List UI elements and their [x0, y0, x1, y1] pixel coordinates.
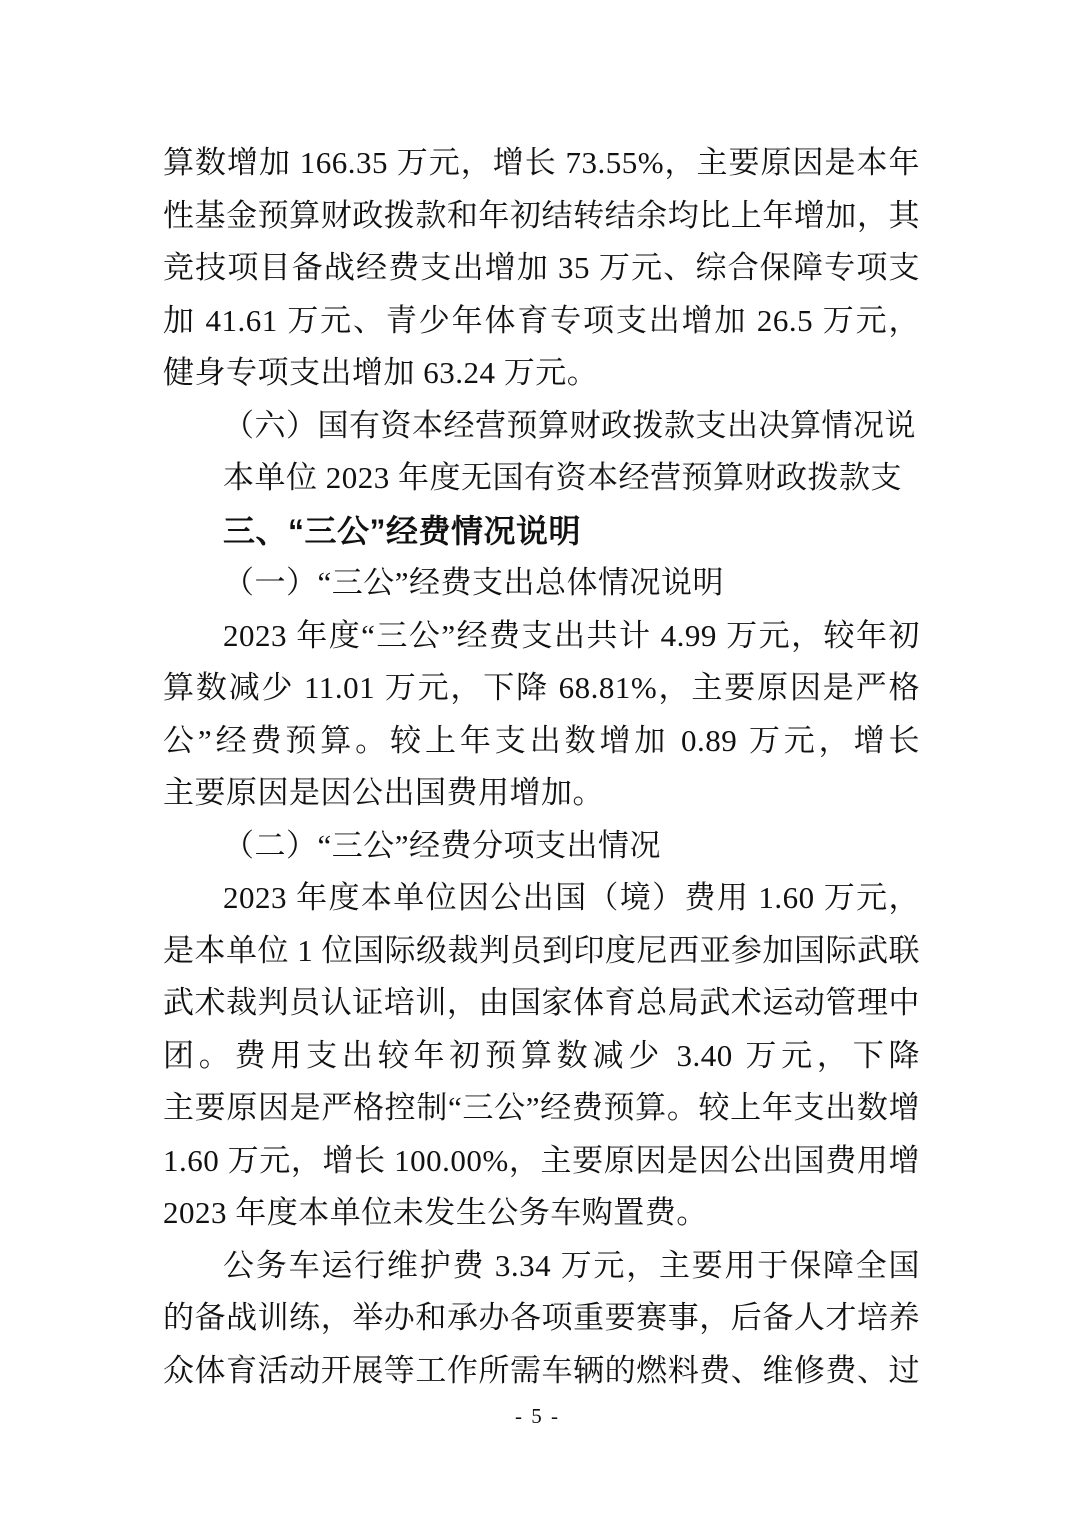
section-heading-1: （一）“三公”经费支出总体情况说明 — [163, 557, 920, 610]
text-line: 公”经费预算。较上年支出数增加 0.89 万元，增长 21.71%， — [163, 715, 920, 768]
text-line: 的备战训练，举办和承办各项重要赛事，后备人才培养和群 — [163, 1292, 920, 1345]
text-line: 武术裁判员认证培训，由国家体育总局武术运动管理中心组 — [163, 977, 920, 1030]
text-line: 1.60 万元，增长 100.00%，主要原因是因公出国费用增加。 — [163, 1135, 920, 1188]
section-heading-three-public-funds: 三、“三公”经费情况说明 — [163, 505, 920, 558]
text-line: 主要原因是严格控制“三公”经费预算。较上年支出数增加 — [163, 1082, 920, 1135]
page-number: - 5 - — [0, 1400, 1075, 1432]
document-body: 算数增加 166.35 万元，增长 73.55%，主要原因是本年政府 性基金预算… — [163, 137, 920, 1397]
text-line: 健身专项支出增加 63.24 万元。 — [163, 347, 920, 400]
document-page: 算数增加 166.35 万元，增长 73.55%，主要原因是本年政府 性基金预算… — [0, 0, 1075, 1520]
section-heading-6: （六）国有资本经营预算财政拨款支出决算情况说明 — [163, 400, 920, 453]
text-line: 主要原因是因公出国费用增加。 — [163, 767, 920, 820]
text-line: 算数增加 166.35 万元，增长 73.55%，主要原因是本年政府 — [163, 137, 920, 190]
text-line: 本单位 2023 年度无国有资本经营预算财政拨款支出。 — [163, 452, 920, 505]
text-line: 是本单位 1 位国际级裁判员到印度尼西亚参加国际武联国际 — [163, 925, 920, 978]
text-line: 算数减少 11.01 万元，下降 68.81%，主要原因是严格控制“三 — [163, 662, 920, 715]
text-line: 2023 年度本单位未发生公务车购置费。 — [163, 1187, 920, 1240]
text-line: 竞技项目备战经费支出增加 35 万元、综合保障专项支出增 — [163, 242, 920, 295]
text-line: 加 41.61 万元、青少年体育专项支出增加 26.5 万元，全民 — [163, 295, 920, 348]
text-line: 2023 年度本单位因公出国（境）费用 1.60 万元，主要 — [163, 872, 920, 925]
section-heading-2: （二）“三公”经费分项支出情况 — [163, 820, 920, 873]
text-line: 众体育活动开展等工作所需车辆的燃料费、维修费、过桥过 — [163, 1345, 920, 1398]
text-line: 2023 年度“三公”经费支出共计 4.99 万元，较年初预 — [163, 610, 920, 663]
text-line: 团。费用支出较年初预算数减少 3.40 万元，下降 68.00%， — [163, 1030, 920, 1083]
text-line: 性基金预算财政拨款和年初结转结余均比上年增加，其中： — [163, 190, 920, 243]
text-line: 公务车运行维护费 3.34 万元，主要用于保障全国比赛 — [163, 1240, 920, 1293]
